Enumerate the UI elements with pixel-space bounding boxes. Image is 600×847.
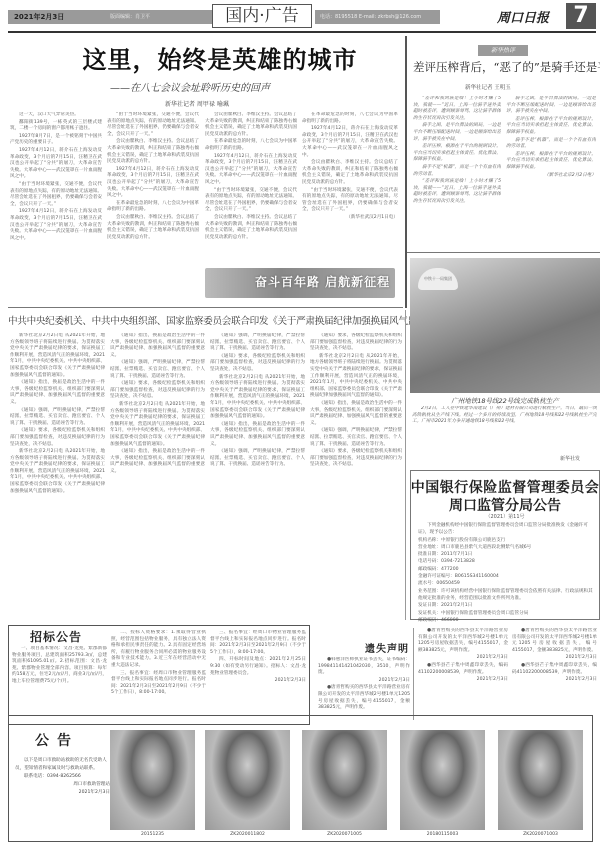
column-divider (405, 310, 406, 620)
bank-notice-number: （2021）第11号 (410, 513, 600, 520)
public-notice-body: 以下是周口市救助站救助的无名氏受助人员，望知情者和家属及时与救助站联系。 联系电… (15, 757, 110, 797)
tender-column-2: 二、投标人资格要求：1.须取得营业执照，经营范围包括物业服务，具有独立法人资格和… (111, 630, 206, 722)
lost-notice-title: 遗失声明 (365, 640, 409, 655)
editor-credit: 版面编辑：肖卫平 (110, 10, 150, 24)
portrait-photo-5 (498, 730, 583, 830)
tender-column-1: 一、项目基本情况：文昌·龙苑、紫郡新都物业服务项目，总建筑面积25793.3㎡，… (12, 646, 107, 722)
page-number: 7 (566, 3, 596, 29)
contact-info: 电话：8195518 E-mail: zkrbsh@126.com (320, 10, 421, 24)
policy-top-rule (8, 307, 403, 308)
policy-article-title: 中共中央纪委机关、中共中央组织部、国家监察委员会联合印发《关于严肃换届纪律加强换… (8, 313, 403, 327)
bank-notice-title: 中国银行保险监督管理委员会 (410, 477, 600, 497)
section-title: 国内·广告 (212, 4, 312, 28)
photo-credit: 新华社发 (560, 455, 580, 462)
lead-byline: 新华社记者 周甲禄 喻珮 (165, 99, 229, 108)
lead-column-4: 在革命最危急的时刻，八七会议为中国革命指明了新的出路。 1927年4月12日，蒋… (302, 112, 398, 262)
lost-divider (413, 628, 414, 720)
portrait-id-4: 20180115003 (400, 832, 485, 837)
tender-column-3: 三、报名事宜：经周口市物业管理服务监督平台线上和实际报名地点同步进行。报名时间：… (210, 630, 306, 722)
lead-column-3: 会议由瞿秋白、李维汉主持。会议总结了大革命失败的教训，纠正和结束了陈独秀右倾机会… (205, 112, 297, 262)
lost-column-3: ●唐青哲购买的西华县太平洋路营业房有限公司开发的太平洋西华城2号楼1单元1205… (512, 628, 597, 718)
side-article-tag: 新华热评 (478, 45, 528, 56)
portrait-photo-2 (205, 730, 290, 830)
portrait-photo-4 (400, 730, 485, 830)
lead-subheadline: ——在八七会议会址聆听历史的回声 (110, 79, 270, 94)
policy-column-2: 《通知》指出，换届是政治生活中的一件大事，各级纪检监察机关、组织部门要深刻认识严… (110, 333, 205, 603)
portrait-id-2: ZK2020011802 (205, 832, 290, 837)
portrait-id-1: 20151235 (110, 832, 195, 837)
portrait-photo-1 (110, 730, 195, 830)
lead-headline: 这里，始终是英雄的城市 (40, 40, 400, 75)
portrait-id-3: ZK2020071005 (302, 832, 387, 837)
policy-column-3: 《通知》强调，严明换届纪律，严禁拉帮结派、拉票贿选、买官卖官、跑官要官、个人说了… (210, 333, 305, 603)
lost-column-1: ●韩惠洋医师执业证书丢失，证书编码：199841141421042030，351… (318, 657, 410, 717)
issue-date: 2021年2月3日 (14, 10, 64, 24)
photo-caption-title: 广州地铁18号线22号线完成轨枕生产 (410, 396, 600, 405)
banner-slogan: 奋斗百年路 启航新征程 (255, 273, 390, 290)
bank-notice-body: 下列金融机构经中国银行保险监督管理委员会周口监管分局批准换发《金融许可证》，现予… (418, 522, 596, 624)
side-article-column-1: “差评和我到底是啥！上小时才赚了5块，我就——”近日，上海一位骑手送外卖超时被差… (413, 96, 501, 246)
side-article-byline: 新华社记者 王明玉 (465, 83, 511, 91)
lead-column-1: 这一天，汉口天气异常炎热。 鄱阳街139号，一栋英式的三层楼式建筑，二楼一个房间… (10, 112, 102, 262)
portrait-id-5: ZK2020071003 (498, 832, 583, 837)
portrait-photo-3 (302, 730, 387, 830)
lost-column-2: ●唐青哲购买的西华县太平洋路营业房有限公司开发的太平洋西华城2号楼1单元1205… (418, 628, 508, 718)
public-notice-title: 公告 (35, 730, 79, 750)
side-article-title: 差评压榨背后，“恶了的”是骑手还是平台？ (413, 59, 598, 75)
newspaper-logo: 周口日报 (497, 7, 549, 26)
lead-column-2: “由于当时环境紧张，交通不便，会议代表有的原地点失踪，有的原动地址无法通知。尽管… (107, 112, 199, 262)
photo-caption-body: 2月2日，工人在中铁建华南建设（广州）建材有限公司进行轨枕生产。当日，最后一块高… (412, 406, 597, 454)
side-article-column-2: 骑手之困，是平台算法的困局。一边是平台不断压缩配送时间，一边是顾客给出差评，骑手… (506, 96, 596, 246)
policy-column-4: 《通知》要求，各级纪检监察机关和组织部门要加强监督检查，对违反换届纪律的行为坚决… (310, 333, 402, 603)
header-rule (8, 31, 596, 33)
bank-notice-subtitle: 周口监管分局公告 (410, 495, 600, 515)
tender-notice-title: 招标公告 (30, 628, 82, 645)
side-article-rule (407, 252, 600, 253)
policy-column-1: 新华社北京2月2日电 从2021年开始，地方各级领导班子将陆续进行换届。为贯彻落… (10, 333, 105, 603)
